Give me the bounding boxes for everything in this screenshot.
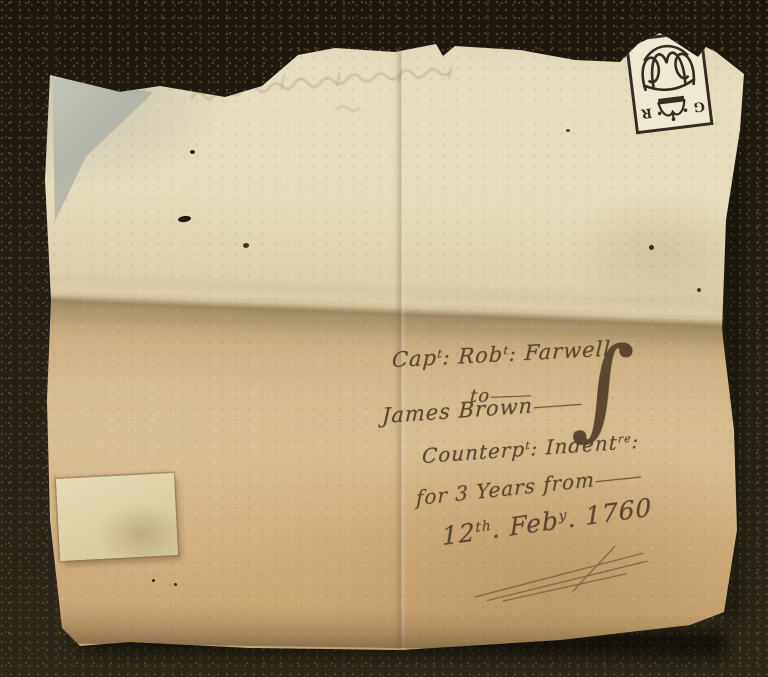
docket-dash: ———: [595, 466, 640, 491]
docket-superscript: th: [475, 518, 492, 536]
docket-text: :: [631, 429, 640, 454]
ink-spot: [649, 245, 654, 250]
docket-text: Counterp: [422, 437, 526, 468]
pen-flourish: [465, 539, 659, 608]
stamp-letter-r: R: [640, 104, 653, 120]
embossed-label-patch: [56, 473, 178, 561]
parchment-document: R G Capt: Robt: Farwell to——— James Brow…: [0, 0, 768, 677]
docket-brace: ∫: [570, 330, 637, 446]
stamp-letter-g: G: [693, 98, 706, 114]
docket-text: . Feb: [491, 506, 559, 545]
docket-text: : Rob: [442, 342, 504, 369]
ink-spot: [190, 150, 195, 154]
ink-spot: [294, 47, 301, 51]
bleedthrough-script: [184, 53, 498, 124]
docket-text: : Indent: [530, 430, 618, 460]
docket-text: . 1760: [567, 492, 653, 533]
ink-spot: [697, 288, 701, 292]
docket-text: Cap: [391, 346, 437, 372]
docket-superscript: re: [618, 432, 632, 446]
ink-spot: [174, 583, 177, 586]
revenue-stamp: R G: [624, 30, 713, 135]
ink-spot: [243, 243, 249, 248]
docket-line-4: Counterpt: Indentre:: [422, 429, 640, 468]
ink-spot: [566, 129, 570, 132]
docket-text: James Brown: [382, 393, 534, 428]
photo-stage: R G Capt: Robt: Farwell to——— James Brow…: [0, 0, 768, 677]
ink-spot: [152, 579, 155, 582]
